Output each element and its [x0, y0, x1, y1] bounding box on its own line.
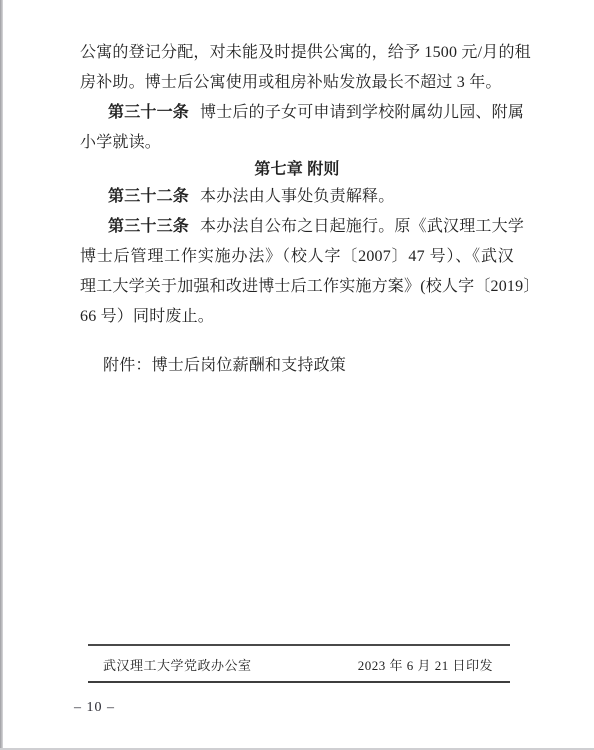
- scan-left-edge: [0, 0, 3, 750]
- text-run: 本办法自公布之日起施行。原《武汉理工大学: [200, 218, 524, 235]
- text-run: 公寓的登记分配，对未能及时提供公寓的，给予 1500 元/月的租: [80, 44, 531, 61]
- article-number: 第三十二条: [108, 188, 189, 205]
- text-run: 附件：博士后岗位薪酬和支持政策: [103, 357, 346, 374]
- footer-print-date: 2023 年 6 月 21 日印发: [358, 653, 493, 679]
- text-line: 第三十三条本办法自公布之日起施行。原《武汉理工大学: [80, 212, 514, 242]
- chapter-heading: 第七章 附则: [80, 158, 514, 182]
- text-run: 博士后管理工作实施办法》（校人字〔2007〕47 号）、《武汉: [80, 248, 514, 265]
- document-body: 公寓的登记分配，对未能及时提供公寓的，给予 1500 元/月的租房补助。博士后公…: [80, 38, 514, 381]
- text-line: 第三十一条博士后的子女可申请到学校附属幼儿园、附属: [80, 98, 514, 128]
- text-line: 第三十二条本办法由人事处负责解释。: [80, 182, 514, 212]
- article-number: 第三十三条: [108, 218, 189, 235]
- page-number: – 10 –: [74, 700, 115, 716]
- text-line: 房补助。博士后公寓使用或租房补贴发放最长不超过 3 年。: [80, 68, 514, 98]
- document-page: 公寓的登记分配，对未能及时提供公寓的，给予 1500 元/月的租房补助。博士后公…: [0, 0, 594, 750]
- article-number: 第七章 附则: [254, 161, 339, 178]
- footer-rule-top: [88, 644, 510, 646]
- text-line: 博士后管理工作实施办法》（校人字〔2007〕47 号）、《武汉: [80, 242, 514, 272]
- text-line: 66 号）同时废止。: [80, 302, 514, 332]
- footer-issuing-office: 武汉理工大学党政办公室: [103, 653, 252, 679]
- text-run: 房补助。博士后公寓使用或租房补贴发放最长不超过 3 年。: [80, 74, 502, 91]
- text-line: 理工大学关于加强和改进博士后工作实施方案》(校人字〔2019〕: [80, 272, 514, 302]
- article-number: 第三十一条: [108, 104, 189, 121]
- text-run: 66 号）同时废止。: [80, 308, 214, 325]
- attachment-line: 附件：博士后岗位薪酬和支持政策: [80, 351, 514, 381]
- text-run: 理工大学关于加强和改进博士后工作实施方案》(校人字〔2019〕: [80, 278, 540, 295]
- text-run: 本办法由人事处负责解释。: [200, 188, 394, 205]
- footer-row: 武汉理工大学党政办公室 2023 年 6 月 21 日印发: [103, 653, 493, 679]
- text-run: 小学就读。: [80, 134, 161, 151]
- text-line: 小学就读。: [80, 128, 514, 158]
- text-line: 公寓的登记分配，对未能及时提供公寓的，给予 1500 元/月的租: [80, 38, 514, 68]
- footer-rule-bottom: [88, 681, 510, 683]
- text-run: 博士后的子女可申请到学校附属幼儿园、附属: [200, 104, 524, 121]
